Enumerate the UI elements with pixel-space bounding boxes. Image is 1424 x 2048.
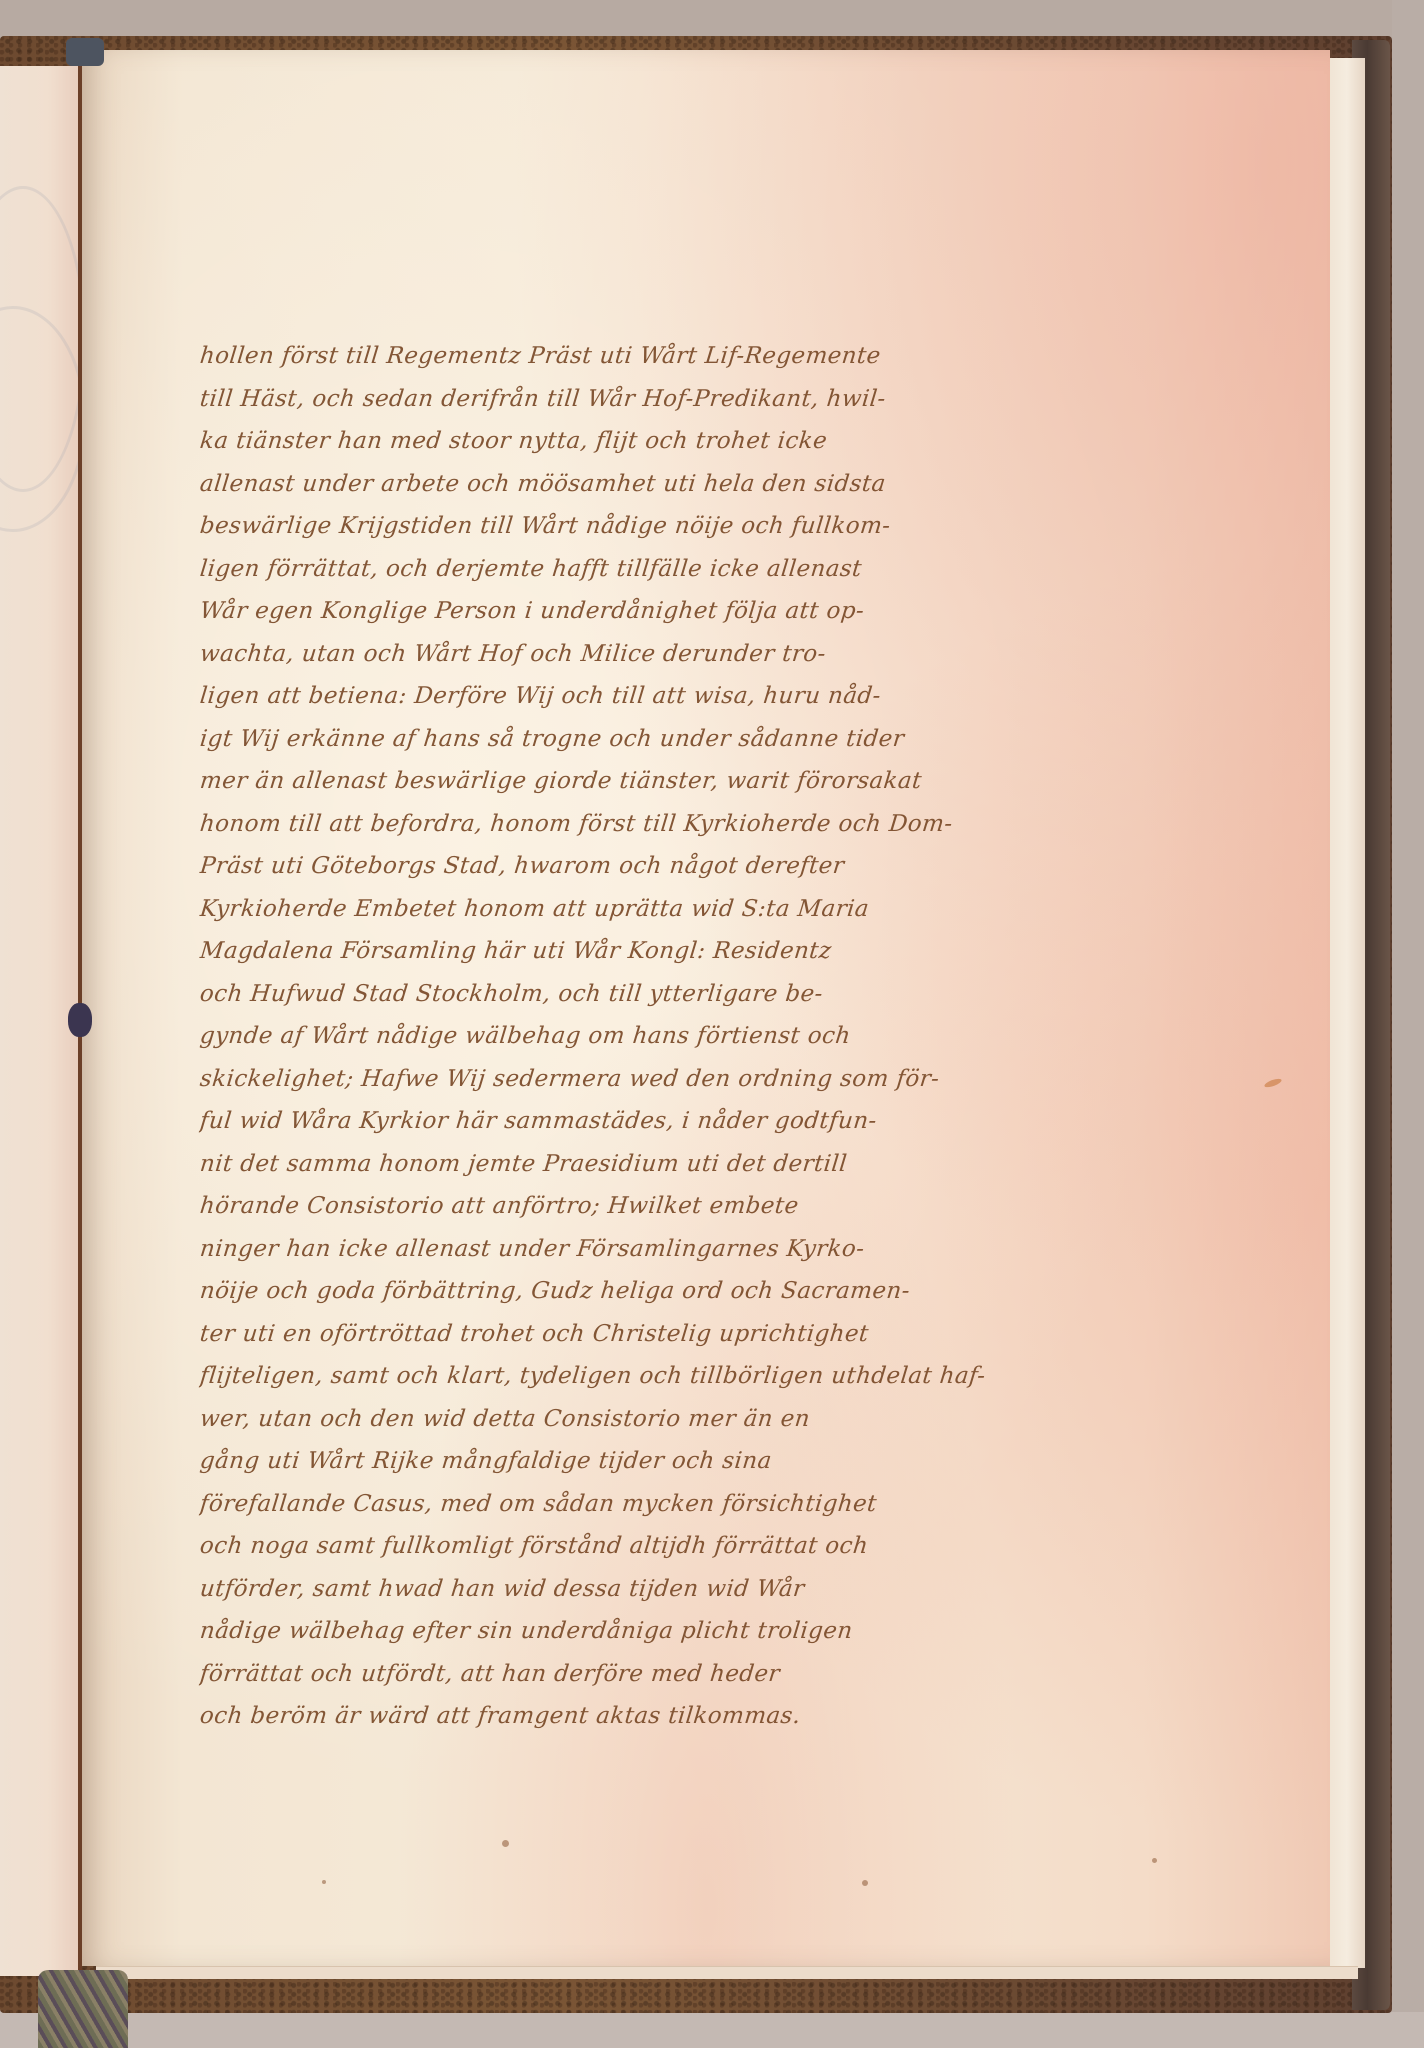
manuscript-line: wachta, utan och Wårt Hof och Milice der…: [198, 633, 1112, 676]
manuscript-line: gång uti Wårt Rijke mångfaldige tijder o…: [198, 1440, 1112, 1483]
manuscript-line: honom till att befordra, honom först til…: [198, 803, 1112, 846]
scan-background-bottom: [0, 2012, 1424, 2048]
manuscript-line: mer än allenast beswärlige giorde tiänst…: [198, 760, 1112, 803]
manuscript-line: Präst uti Göteborgs Stad, hwarom och någ…: [198, 845, 1112, 888]
fly-leaf-edge: [1328, 58, 1365, 1968]
manuscript-line: ka tiänster han med stoor nytta, flijt o…: [198, 420, 1112, 463]
scan-background-right: [1392, 0, 1424, 2048]
manuscript-line: Kyrkioherde Embetet honom att uprätta wi…: [198, 888, 1112, 931]
foxing-spot: [322, 1880, 326, 1884]
manuscript-line: hörande Consistorio att anförtro; Hwilke…: [198, 1185, 1112, 1228]
manuscript-line: nit det samma honom jemte Praesidium uti…: [198, 1143, 1112, 1186]
bookmark-ribbon-threads: [38, 1970, 128, 2048]
manuscript-line: flijteligen, samt och klart, tydeligen o…: [198, 1355, 1112, 1398]
manuscript-line: ful wid Wåra Kyrkior här sammastädes, i …: [198, 1100, 1112, 1143]
manuscript-line: Magdalena Församling här uti Wår Kongl: …: [198, 930, 1112, 973]
manuscript-line: och beröm är wärd att framgent aktas til…: [198, 1695, 1102, 1738]
manuscript-line: gynde af Wårt nådige wälbehag om hans fö…: [198, 1015, 1112, 1058]
manuscript-line: Wår egen Konglige Person i underdånighet…: [198, 590, 1112, 633]
manuscript-line: och noga samt fullkomligt förstånd altij…: [198, 1525, 1112, 1568]
foxing-spot: [1152, 1858, 1157, 1863]
manuscript-line: hollen först till Regementz Präst uti Wå…: [198, 335, 1112, 378]
headband-top: [66, 38, 104, 66]
manuscript-line: wer, utan och den wid detta Consistorio …: [198, 1398, 1112, 1441]
manuscript-line: förefallande Casus, med om sådan mycken …: [198, 1483, 1112, 1526]
page-bottom-edge: [96, 1966, 1358, 1979]
manuscript-line: skickelighet; Hafwe Wij sedermera wed de…: [198, 1058, 1112, 1101]
manuscript-line: ligen att betiena: Derföre Wij och till …: [198, 675, 1112, 718]
manuscript-line: utförder, samt hwad han wid dessa tijden…: [198, 1568, 1112, 1611]
foxing-spot: [502, 1840, 509, 1847]
manuscript-line: nådige wälbehag efter sin underdåniga pl…: [198, 1610, 1112, 1653]
manuscript-line: beswärlige Krijgstiden till Wårt nådige …: [198, 505, 1112, 548]
manuscript-line: förrättat och utfördt, att han derföre m…: [198, 1653, 1112, 1696]
scan-background-top: [0, 0, 1424, 38]
manuscript-line: igt Wij erkänne af hans så trogne och un…: [198, 718, 1112, 761]
manuscript-line: och Hufwud Stad Stockholm, och till ytte…: [198, 973, 1112, 1016]
manuscript-line: ter uti en oförtröttad trohet och Christ…: [198, 1313, 1112, 1356]
handwritten-text-block: hollen först till Regementz Präst uti Wå…: [200, 335, 1110, 1738]
manuscript-line: nöije och goda förbättring, Gudz heliga …: [198, 1270, 1112, 1313]
manuscript-line: till Häst, och sedan derifrån till Wår H…: [198, 378, 1112, 421]
binding-stitch: [68, 1003, 92, 1037]
foxing-spot: [862, 1880, 868, 1886]
manuscript-line: allenast under arbete och möösamhet uti …: [198, 463, 1112, 506]
manuscript-line: ligen förrättat, och derjemte hafft till…: [198, 548, 1112, 591]
manuscript-line: ninger han icke allenast under Församlin…: [198, 1228, 1112, 1271]
